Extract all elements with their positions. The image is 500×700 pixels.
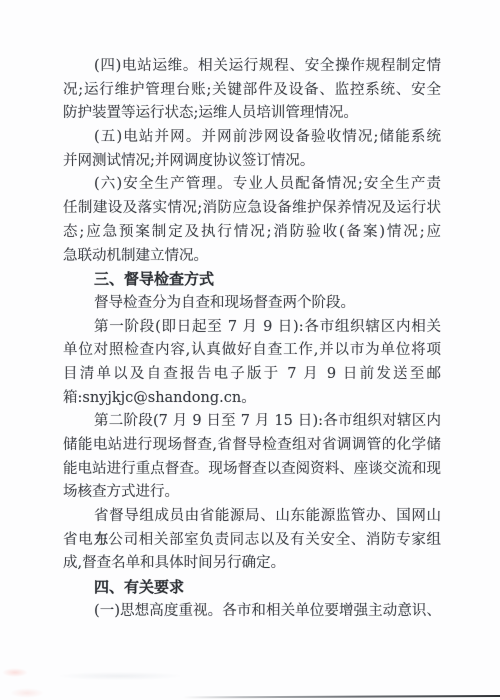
- text-line: 省督导组成员由省能源局、山东能源监管办、国网山东: [63, 505, 441, 529]
- text-line: 省电力公司相关部室负责同志以及有关安全、消防专家组: [63, 529, 441, 553]
- text-line: 能电站进行重点督查。现场督查以查阅资料、座谈交流和现: [63, 458, 441, 482]
- text-line: 第一阶段(即日起至 7 月 9 日):各市组织辖区内相关: [63, 316, 441, 340]
- text-line: 急联动机制建立情况。: [63, 245, 441, 269]
- text-line: (一)思想高度重视。各市和相关单位要增强主动意识、: [63, 600, 441, 624]
- text-line: 况;运行维护管理台账;关键部件及设备、监控系统、安全: [63, 79, 441, 103]
- text-line: 督导检查分为自查和现场督查两个阶段。: [63, 292, 441, 316]
- text-line: 并网测试情况;并网调度协议签订情况。: [63, 150, 441, 174]
- section-heading: 四、有关要求: [63, 576, 441, 600]
- text-line: (五)电站并网。并网前涉网设备验收情况;储能系统: [63, 126, 441, 150]
- text-line: 成,督查名单和具体时间另行确定。: [63, 552, 441, 576]
- section-heading: 三、督导检查方式: [63, 268, 441, 292]
- text-line: (四)电站运维。相关运行规程、安全操作规程制定情: [63, 55, 441, 79]
- text-line: (六)安全生产管理。专业人员配备情况;安全生产责: [63, 173, 441, 197]
- scan-noise-blob: [10, 688, 44, 698]
- text-line: 储能电站进行现场督查,省督导检查组对省调调管的化学储: [63, 434, 441, 458]
- scan-edge-shadow: [183, 695, 500, 699]
- text-line: 箱:snyjkjc@shandong.cn。: [63, 387, 441, 411]
- scan-noise-smudge: [60, 672, 180, 680]
- text-line: 第二阶段(7 月 9 日至 7 月 15 日):各市组织对辖区内: [63, 410, 441, 434]
- text-line: 单位对照检查内容,认真做好自查工作,并以市为单位将项: [63, 339, 441, 363]
- text-line: 态;应急预案制定及执行情况;消防验收(备案)情况;应: [63, 221, 441, 245]
- text-line: 目清单以及自查报告电子版于 7 月 9 日前发送至邮: [63, 363, 441, 387]
- document-page: (四)电站运维。相关运行规程、安全操作规程制定情况;运行维护管理台账;关键部件及…: [0, 0, 500, 700]
- text-line: 场核查方式进行。: [63, 481, 441, 505]
- text-line: 防护装置等运行状态;运维人员培训管理情况。: [63, 102, 441, 126]
- text-line: 任制建设及落实情况;消防应急设备维护保养情况及运行状: [63, 197, 441, 221]
- scan-noise-blob: [2, 668, 28, 677]
- document-body: (四)电站运维。相关运行规程、安全操作规程制定情况;运行维护管理台账;关键部件及…: [63, 55, 441, 624]
